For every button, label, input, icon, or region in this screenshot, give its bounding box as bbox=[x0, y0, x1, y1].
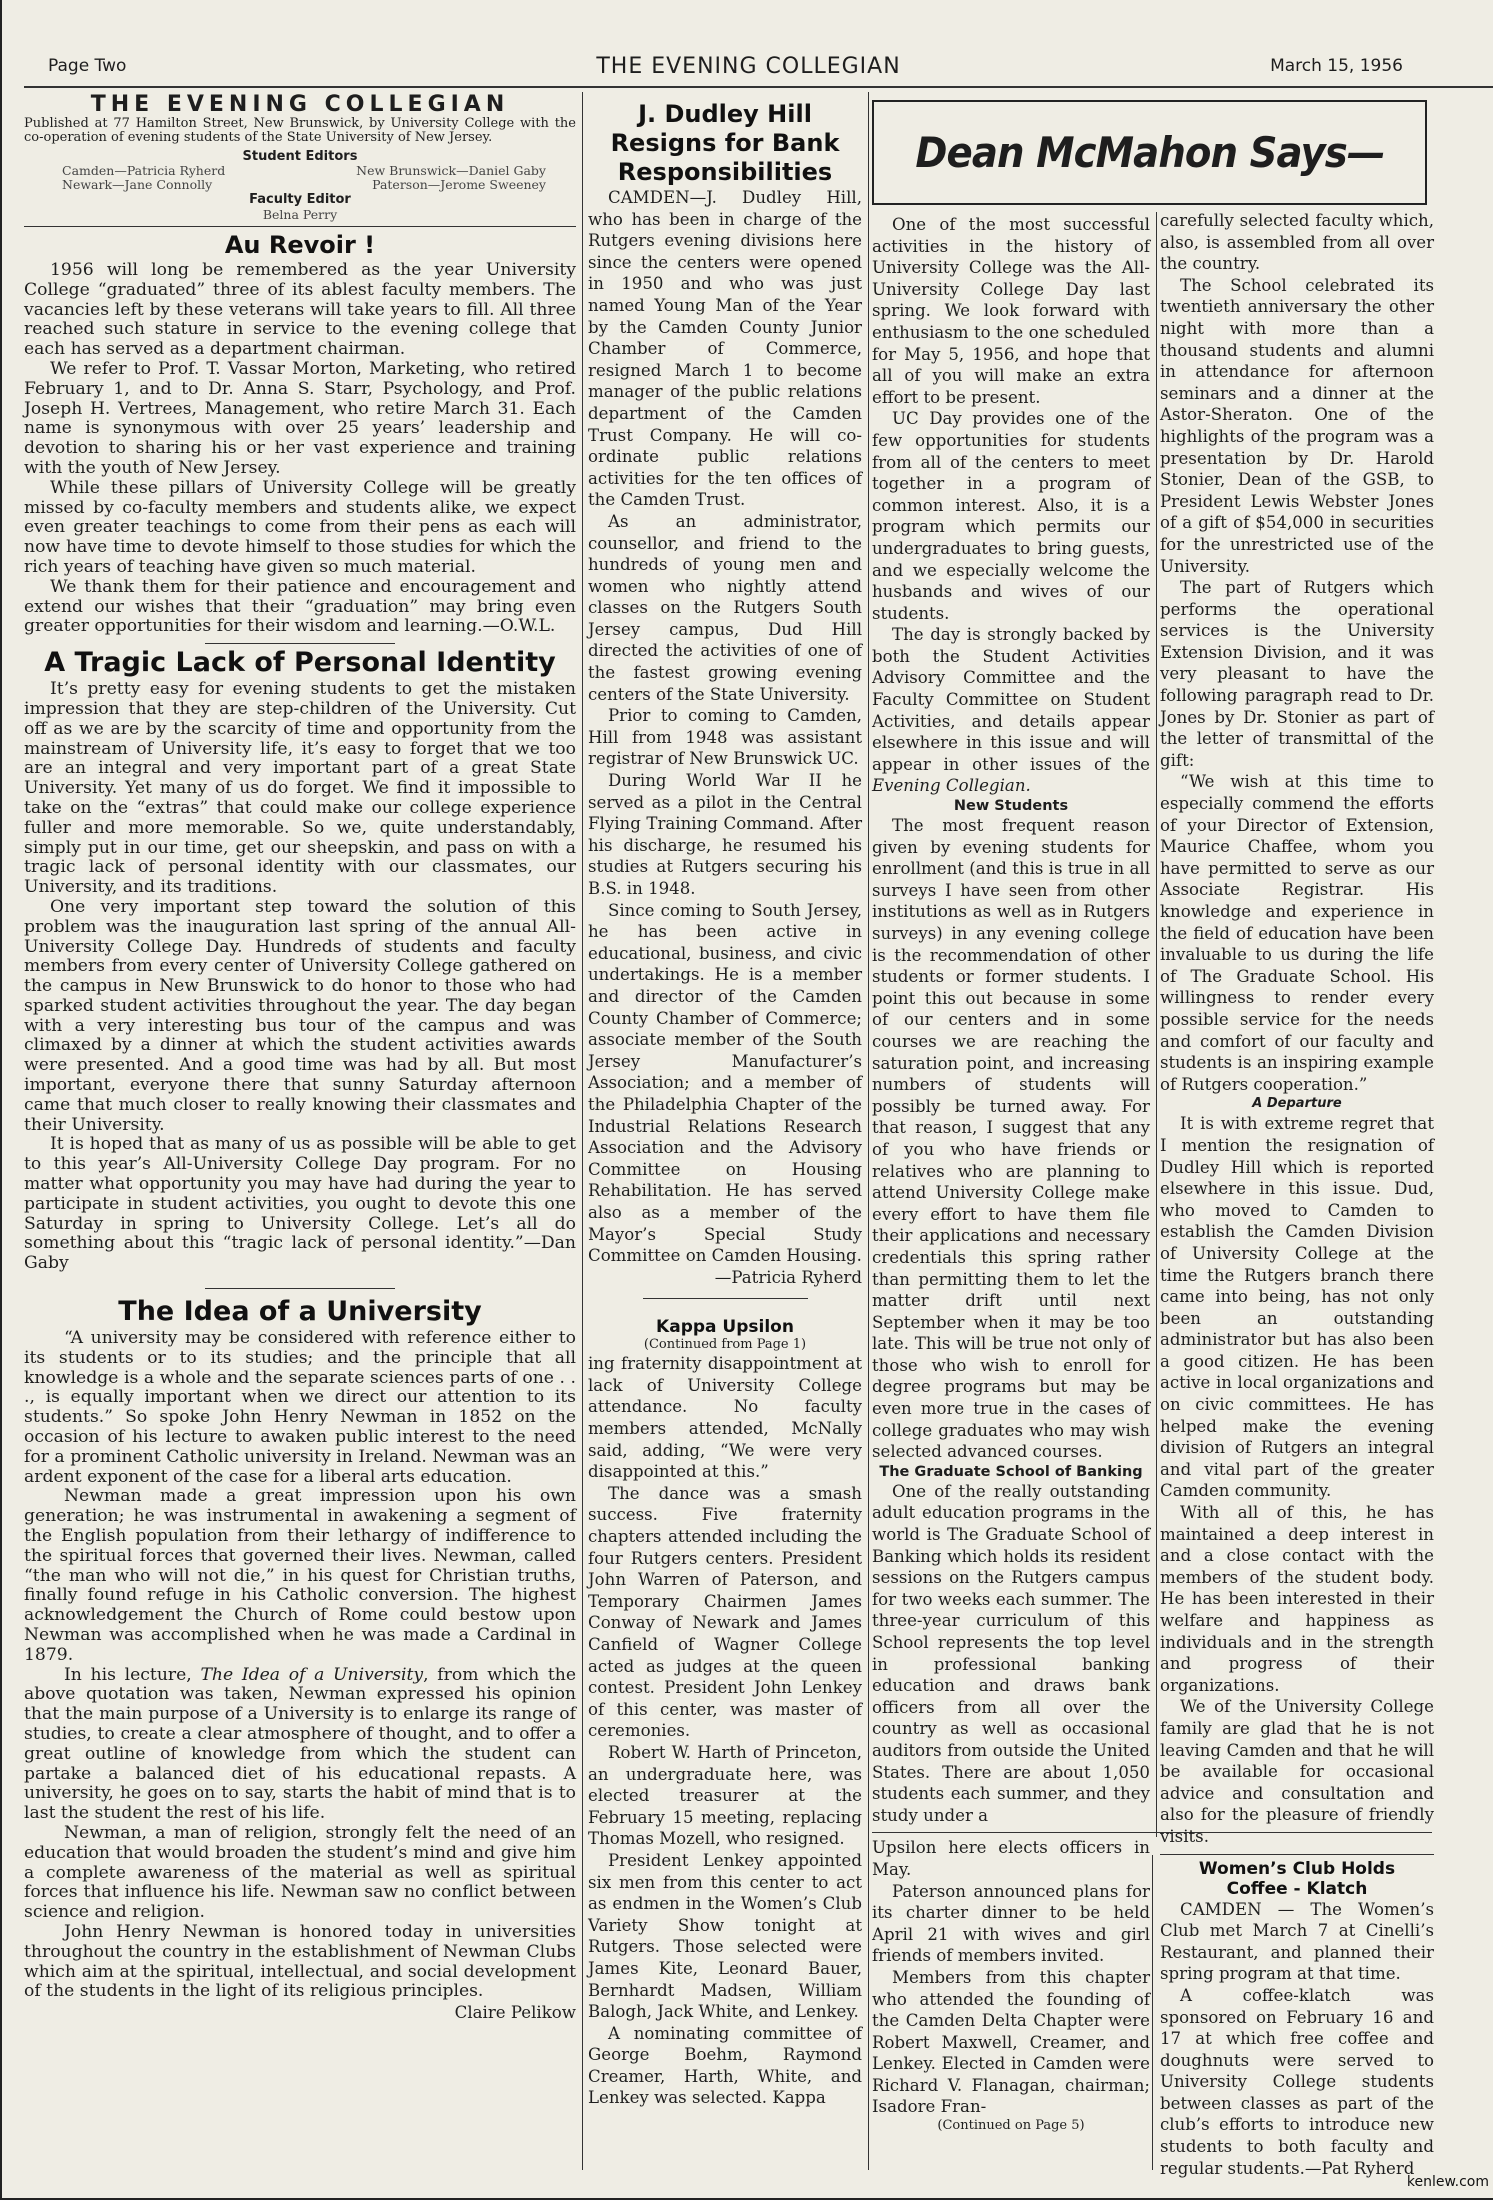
column-3: One of the most successful activities in… bbox=[872, 214, 1150, 2134]
paragraph: One of the most successful activities in… bbox=[872, 214, 1150, 408]
article-womens-club: Women’s Club Holds Coffee - Klatch CAMDE… bbox=[1160, 1859, 1434, 2180]
faculty-editor-label: Faculty Editor bbox=[24, 192, 576, 207]
article-kappa-upsilon: Kappa Upsilon (Continued from Page 1) in… bbox=[588, 1317, 862, 2109]
paragraph: carefully selected faculty which, also, … bbox=[1160, 210, 1434, 275]
editor-paterson: Paterson—Jerome Sweeney bbox=[372, 178, 546, 192]
paragraph: “We wish at this time to especially comm… bbox=[1160, 771, 1434, 1095]
paragraph: Paterson announced plans for its charter… bbox=[872, 1881, 1150, 1967]
paragraph: With all of this, he has maintained a de… bbox=[1160, 1502, 1434, 1696]
headline: Dean McMahon Says— bbox=[915, 128, 1384, 177]
section-rule bbox=[205, 1288, 395, 1289]
subhead-new-students: New Students bbox=[872, 797, 1150, 815]
article-dean-mcmahon-part1: One of the most successful activities in… bbox=[872, 214, 1150, 1826]
paragraph: In his lecture, The Idea of a University… bbox=[24, 1666, 576, 1824]
lecture-title: The Idea of a University bbox=[200, 1665, 423, 1685]
paragraph: While these pillars of University Colleg… bbox=[24, 479, 576, 578]
article-dudley-hill: J. Dudley Hill Resigns for Bank Responsi… bbox=[588, 100, 862, 1288]
column-rule bbox=[868, 92, 869, 2170]
paragraph: We of the University College family are … bbox=[1160, 1696, 1434, 1847]
article-dean-mcmahon-part2: carefully selected faculty which, also, … bbox=[1160, 210, 1434, 1848]
paragraph: John Henry Newman is honored today in un… bbox=[24, 1923, 576, 2002]
article-kappa-upsilon-continued: Upsilon here elects officers in May. Pat… bbox=[872, 1837, 1150, 2134]
paragraph: One very important step toward the solut… bbox=[24, 898, 576, 1136]
paragraph: It’s pretty easy for evening students to… bbox=[24, 680, 576, 898]
headline: J. Dudley Hill Resigns for Bank Responsi… bbox=[588, 100, 862, 187]
paragraph: Since coming to South Jersey, he has bee… bbox=[588, 900, 862, 1267]
continued-on: (Continued on Page 5) bbox=[872, 2118, 1150, 2134]
dean-mcmahon-banner: Dean McMahon Says— bbox=[872, 100, 1427, 205]
paragraph: The part of Rutgers which performs the o… bbox=[1160, 577, 1434, 771]
top-rule bbox=[24, 86, 1493, 88]
paragraph: A nominating committee of George Boehm, … bbox=[588, 2023, 862, 2109]
watermark: kenlew.com bbox=[1407, 2174, 1489, 2190]
issue-date: March 15, 1956 bbox=[1270, 56, 1403, 76]
publication-note: Published at 77 Hamilton Street, New Bru… bbox=[24, 117, 576, 145]
headline: A Tragic Lack of Personal Identity bbox=[24, 646, 576, 680]
faculty-editor: Belna Perry bbox=[24, 207, 576, 222]
article-au-revoir: Au Revoir ! 1956 will long be remembered… bbox=[24, 229, 576, 637]
masthead-title: THE EVENING COLLEGIAN bbox=[24, 92, 576, 117]
paragraph: It is hoped that as many of us as possib… bbox=[24, 1135, 576, 1274]
paragraph: Members from this chapter who attended t… bbox=[872, 1967, 1150, 2118]
student-editors-label: Student Editors bbox=[24, 149, 576, 164]
paragraph: We thank them for their patience and enc… bbox=[24, 578, 576, 637]
editor-newark: Newark—Jane Connolly bbox=[62, 178, 212, 192]
column-rule bbox=[1152, 1855, 1153, 2170]
headline: Women’s Club Holds Coffee - Klatch bbox=[1160, 1859, 1434, 1899]
paragraph: CAMDEN—J. Dudley Hill, who has been in c… bbox=[588, 187, 862, 511]
masthead: THE EVENING COLLEGIAN Published at 77 Ha… bbox=[24, 92, 576, 222]
paragraph: The day is strongly backed by both the S… bbox=[872, 624, 1150, 797]
editor-new-brunswick: New Brunswick—Daniel Gaby bbox=[356, 164, 546, 178]
byline: Claire Pelikow bbox=[24, 2002, 576, 2024]
paragraph: President Lenkey appointed six men from … bbox=[588, 1850, 862, 2023]
paragraph: UC Day provides one of the few opportuni… bbox=[872, 408, 1150, 624]
paragraph: One of the really outstanding adult educ… bbox=[872, 1481, 1150, 1827]
byline: —Patricia Ryherd bbox=[588, 1267, 862, 1289]
paragraph: During World War II he served as a pilot… bbox=[588, 770, 862, 900]
section-rule bbox=[1160, 1854, 1434, 1855]
headline: Au Revoir ! bbox=[24, 229, 576, 261]
paragraph: The School celebrated its twentieth anni… bbox=[1160, 275, 1434, 577]
headline: The Idea of a University bbox=[24, 1295, 576, 1329]
subhead-departure: A Departure bbox=[1160, 1095, 1434, 1113]
section-rule bbox=[24, 226, 576, 227]
section-rule bbox=[643, 1298, 808, 1299]
article-tragic-lack: A Tragic Lack of Personal Identity It’s … bbox=[24, 646, 576, 1274]
paragraph: “A university may be considered with ref… bbox=[24, 1329, 576, 1487]
column-1: THE EVENING COLLEGIAN Published at 77 Ha… bbox=[24, 92, 576, 2024]
article-idea-of-university: The Idea of a University “A university m… bbox=[24, 1295, 576, 2024]
section-rule bbox=[205, 643, 395, 644]
column-rule bbox=[1156, 212, 1157, 1837]
paragraph: Robert W. Harth of Princeton, an undergr… bbox=[588, 1742, 862, 1850]
paragraph: Newman, a man of religion, strongly felt… bbox=[24, 1824, 576, 1923]
paragraph: Prior to coming to Camden, Hill from 194… bbox=[588, 705, 862, 770]
paragraph: CAMDEN — The Women’s Club met March 7 at… bbox=[1160, 1899, 1434, 1985]
paragraph: The most frequent reason given by evenin… bbox=[872, 815, 1150, 1463]
editor-camden: Camden—Patricia Ryherd bbox=[62, 164, 225, 178]
column-4: carefully selected faculty which, also, … bbox=[1160, 210, 1434, 2179]
paragraph: As an administrator, counsellor, and fri… bbox=[588, 511, 862, 705]
paragraph: A coffee-klatch was sponsored on Februar… bbox=[1160, 1985, 1434, 2179]
headline: Kappa Upsilon bbox=[588, 1317, 862, 1337]
running-head: Page Two THE EVENING COLLEGIAN March 15,… bbox=[2, 56, 1493, 86]
subhead-graduate-school-banking: The Graduate School of Banking bbox=[872, 1463, 1150, 1481]
paragraph: We refer to Prof. T. Vassar Morton, Mark… bbox=[24, 360, 576, 479]
paragraph: It is with extreme regret that I mention… bbox=[1160, 1113, 1434, 1502]
paragraph: 1956 will long be remembered as the year… bbox=[24, 261, 576, 360]
paragraph: ing fraternity disappointment at lack of… bbox=[588, 1353, 862, 1483]
paragraph: Upsilon here elects officers in May. bbox=[872, 1837, 1150, 1880]
newspaper-page: Page Two THE EVENING COLLEGIAN March 15,… bbox=[0, 0, 1493, 2200]
column-rule bbox=[582, 92, 583, 2170]
column-2: J. Dudley Hill Resigns for Bank Responsi… bbox=[588, 100, 862, 2109]
paragraph: The dance was a smash success. Five frat… bbox=[588, 1483, 862, 1742]
paragraph: Newman made a great impression upon his … bbox=[24, 1487, 576, 1665]
continued-from: (Continued from Page 1) bbox=[588, 1337, 862, 1353]
